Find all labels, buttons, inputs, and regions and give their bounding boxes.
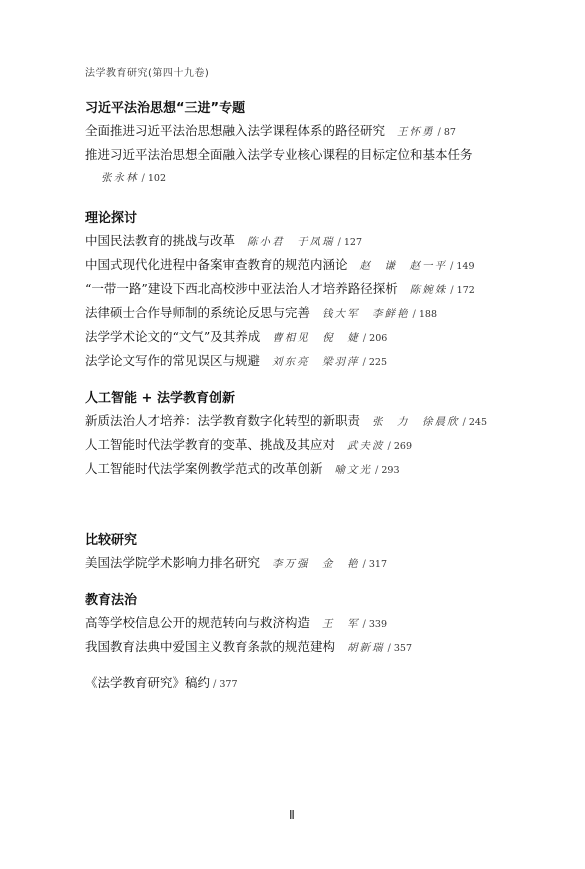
article-title: 法律硕士合作导师制的系统论反思与完善 — [85, 305, 310, 320]
separator: / — [450, 261, 453, 272]
running-head: 法学教育研究(第四十九卷) — [85, 64, 209, 79]
page-number: 172 — [457, 285, 475, 296]
section-title: 习近平法治思想“三进”专题 — [85, 98, 525, 120]
toc-entry[interactable]: 美国法学院学术影响力排名研究李万强 金 艳/317 — [85, 552, 525, 576]
article-authors: 王怀勇 — [397, 126, 435, 138]
page-number: 206 — [369, 333, 387, 344]
article-authors: 刘东亮 梁羽萍 — [272, 356, 360, 368]
article-title: 中国民法教育的挑战与改革 — [85, 233, 235, 248]
separator: / — [438, 127, 441, 138]
article-title: 人工智能时代法学教育的变革、挑战及其应对 — [85, 437, 335, 452]
article-authors: 喻文光 — [335, 464, 373, 476]
toc-entry-submission-guidelines[interactable]: 《法学教育研究》稿约/377 — [85, 672, 525, 696]
article-authors: 钱大军 李鲜艳 — [322, 308, 410, 320]
toc-entry[interactable]: 中国式现代化进程中备案审查教育的规范内涵论赵 谦 赵一平/149 — [85, 254, 525, 278]
separator: / — [142, 173, 145, 184]
toc-entry[interactable]: 高等学校信息公开的规范转向与救济构造王 军/339 — [85, 612, 525, 636]
toc-entry[interactable]: 推进习近平法治思想全面融入法学专业核心课程的目标定位和基本任务 张永林/102 — [85, 144, 525, 190]
page-number: 149 — [456, 261, 474, 272]
article-title: 《法学教育研究》稿约 — [85, 675, 210, 690]
article-title: 人工智能时代法学案例教学范式的改革创新 — [85, 461, 323, 476]
article-title: 推进习近平法治思想全面融入法学专业核心课程的目标定位和基本任务 — [85, 147, 473, 162]
page-number: 357 — [394, 643, 412, 654]
toc-entry[interactable]: 中国民法教育的挑战与改革陈小君 于凤瑞/127 — [85, 230, 525, 254]
separator: / — [450, 285, 453, 296]
toc-entry[interactable]: 人工智能时代法学案例教学范式的改革创新喻文光/293 — [85, 458, 525, 482]
article-authors: 陈小君 于凤瑞 — [247, 236, 335, 248]
article-title: 美国法学院学术影响力排名研究 — [85, 555, 260, 570]
toc-section-theory: 理论探讨 中国民法教育的挑战与改革陈小君 于凤瑞/127 中国式现代化进程中备案… — [85, 208, 525, 374]
separator: / — [388, 643, 391, 654]
toc-section-education-law: 教育法治 高等学校信息公开的规范转向与救济构造王 军/339 我国教育法典中爱国… — [85, 590, 525, 660]
toc-entry[interactable]: 我国教育法典中爱国主义教育条款的规范建构胡新瑞/357 — [85, 636, 525, 660]
page-number: 87 — [444, 127, 456, 138]
toc-entry[interactable]: 法学学术论文的“文气”及其养成曹相见 倪 婕/206 — [85, 326, 525, 350]
separator: / — [463, 417, 466, 428]
article-authors: 赵 谦 赵一平 — [360, 260, 448, 272]
toc-entry[interactable]: 新质法治人才培养：法学教育数字化转型的新职责张 力 徐晨欣/245 — [85, 410, 525, 434]
separator: / — [413, 309, 416, 320]
separator: / — [363, 619, 366, 630]
separator: / — [375, 465, 378, 476]
article-title: 高等学校信息公开的规范转向与救济构造 — [85, 615, 310, 630]
toc-section-xi-thought: 习近平法治思想“三进”专题 全面推进习近平法治思想融入法学课程体系的路径研究王怀… — [85, 98, 525, 190]
separator: / — [363, 333, 366, 344]
separator: / — [363, 357, 366, 368]
section-title: 理论探讨 — [85, 208, 525, 230]
page-number: 225 — [369, 357, 387, 368]
article-authors: 李万强 金 艳 — [272, 558, 360, 570]
page-number: 293 — [381, 465, 399, 476]
page-number: 188 — [419, 309, 437, 320]
article-title: 我国教育法典中爱国主义教育条款的规范建构 — [85, 639, 335, 654]
table-of-contents: 习近平法治思想“三进”专题 全面推进习近平法治思想融入法学课程体系的路径研究王怀… — [85, 98, 525, 696]
article-title: 法学论文写作的常见误区与规避 — [85, 353, 260, 368]
page-number: 245 — [469, 417, 487, 428]
separator: / — [363, 559, 366, 570]
page-number: 269 — [394, 441, 412, 452]
article-title: 法学学术论文的“文气”及其养成 — [85, 329, 260, 344]
toc-entry[interactable]: 全面推进习近平法治思想融入法学课程体系的路径研究王怀勇/87 — [85, 120, 525, 144]
article-authors: 张永林 — [101, 172, 139, 184]
article-authors: 陈婉姝 — [410, 284, 448, 296]
toc-section-comparative: 比较研究 美国法学院学术影响力排名研究李万强 金 艳/317 — [85, 530, 525, 576]
article-title: 新质法治人才培养：法学教育数字化转型的新职责 — [85, 413, 360, 428]
separator: / — [338, 237, 341, 248]
article-authors: 张 力 徐晨欣 — [372, 416, 460, 428]
section-title: 教育法治 — [85, 590, 525, 612]
page-number: 339 — [369, 619, 387, 630]
section-title: 人工智能 + 法学教育创新 — [85, 388, 525, 410]
page-folio: Ⅱ — [289, 808, 295, 823]
page-number: 377 — [219, 679, 237, 690]
toc-section-ai-law: 人工智能 + 法学教育创新 新质法治人才培养：法学教育数字化转型的新职责张 力 … — [85, 388, 525, 482]
section-title: 比较研究 — [85, 530, 525, 552]
toc-entry[interactable]: 法学论文写作的常见误区与规避刘东亮 梁羽萍/225 — [85, 350, 525, 374]
article-authors: 王 军 — [322, 618, 360, 630]
toc-entry[interactable]: 人工智能时代法学教育的变革、挑战及其应对武夫波/269 — [85, 434, 525, 458]
article-title: 全面推进习近平法治思想融入法学课程体系的路径研究 — [85, 123, 385, 138]
separator: / — [213, 679, 216, 690]
byline: 张永林/102 — [85, 166, 525, 190]
page-number: 102 — [148, 173, 166, 184]
article-authors: 曹相见 倪 婕 — [272, 332, 360, 344]
article-title: “一带一路”建设下西北高校涉中亚法治人才培养路径探析 — [85, 281, 398, 296]
article-authors: 武夫波 — [347, 440, 385, 452]
article-title: 中国式现代化进程中备案审查教育的规范内涵论 — [85, 257, 348, 272]
toc-entry[interactable]: 法律硕士合作导师制的系统论反思与完善钱大军 李鲜艳/188 — [85, 302, 525, 326]
page-number: 127 — [344, 237, 362, 248]
toc-entry[interactable]: “一带一路”建设下西北高校涉中亚法治人才培养路径探析陈婉姝/172 — [85, 278, 525, 302]
separator: / — [388, 441, 391, 452]
page-number: 317 — [369, 559, 387, 570]
article-authors: 胡新瑞 — [347, 642, 385, 654]
